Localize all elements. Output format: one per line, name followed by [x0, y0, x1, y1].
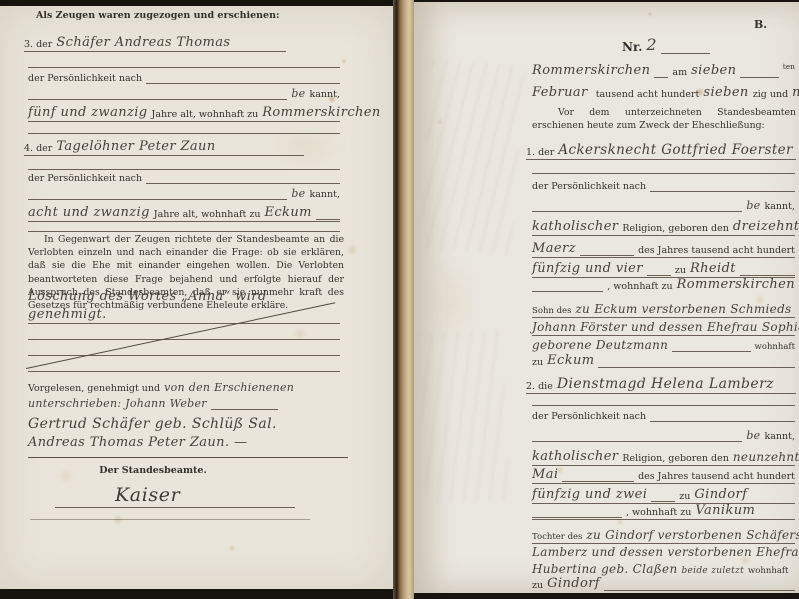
- daughter-residence-row: zu Gindorf: [532, 576, 795, 592]
- groom-religion-row: katholischer Religion, geboren den dreiz…: [532, 214, 795, 236]
- registrar-label-row: Der Standesbeamte.: [28, 462, 278, 477]
- witness3-residence: Rommerskirchen: [262, 105, 380, 120]
- registrar-signature-row: Kaiser: [55, 476, 295, 508]
- son-line-1: zu Eckum verstorbenen Schmieds: [575, 302, 791, 316]
- correction-note-2: genehmigt.: [28, 307, 107, 322]
- witness4-prefix: 4. der: [24, 143, 52, 154]
- zu-label: zu: [532, 580, 543, 591]
- rule-line: [661, 52, 710, 54]
- witness4-name: Tagelöhner Peter Zaun: [56, 139, 215, 154]
- groom-birthplace: Rheidt: [690, 261, 736, 276]
- witness3-row: 3. der Schäfer Andreas Thomas: [24, 26, 286, 52]
- closing-hand: von den Erschienenen: [164, 381, 294, 394]
- son-residence-row: zu Eckum: [532, 352, 795, 369]
- corner-letter: B.: [754, 18, 767, 31]
- jahres-printed: des Jahres tausend acht hundert: [638, 471, 795, 482]
- groom-birthyear-row: fünfzig und vier zu Rheidt: [532, 256, 795, 278]
- groom-birthyear: fünfzig und vier: [532, 261, 643, 276]
- groom-birthmonth: Maerz: [532, 241, 576, 256]
- correction-note-row1: Löschung des Wortes „Anna“ wird: [28, 284, 333, 305]
- bride-name: Dienstmagd Helena Lamberz: [557, 376, 774, 392]
- groom-row: 1. der Ackersknecht Gottfried Foerster: [526, 134, 796, 160]
- intro-paragraph: Vor dem unterzeichneten Standesbeamten e…: [532, 106, 796, 132]
- bride-religion: katholischer: [532, 449, 618, 464]
- daughter-row-1: Tochter des zu Gindorf verstorbenen Schä…: [532, 522, 795, 544]
- son-residence: Eckum: [547, 353, 594, 368]
- known-label: kannt,: [310, 189, 341, 200]
- corner-letter-row: B.: [754, 18, 784, 32]
- identity-row-w3: der Persönlichkeit nach: [28, 68, 340, 85]
- identity-row-w4: der Persönlichkeit nach: [28, 170, 340, 185]
- rule-line: [532, 440, 742, 442]
- religion-printed: Religion, geboren den: [622, 223, 728, 234]
- identity-label: der Persönlichkeit nach: [532, 411, 646, 422]
- witness3-name: Schäfer Andreas Thomas: [56, 35, 230, 50]
- separator-rule: [28, 450, 348, 458]
- son-row-2: Johann Förster und dessen Ehefrau Sophia: [532, 316, 795, 336]
- groom-religion: katholischer: [532, 219, 618, 234]
- known-row-groom: be kannt,: [532, 194, 795, 213]
- blank-rule: [28, 222, 340, 232]
- bride-birthmonth: Mai: [532, 467, 558, 482]
- bride-birthplace: Gindorf: [694, 487, 747, 502]
- identity-label: der Persönlichkeit nach: [28, 173, 142, 184]
- daughter-residence: Gindorf: [547, 576, 600, 591]
- groom-birthday: dreizehnten: [733, 219, 799, 234]
- be-hand: be: [746, 429, 760, 442]
- wohnhaft-label: wohnhaft: [748, 566, 788, 576]
- register-page-right: B. Nr. 2 Rommerskirchen am sieben ten Fe…: [414, 2, 799, 593]
- signature-row-3: Andreas Thomas Peter Zaun. —: [28, 432, 328, 451]
- ink-bleedthrough: [419, 59, 524, 255]
- am-label: am: [672, 67, 687, 78]
- wohnhaft-zu-label: , wohnhaft zu: [626, 507, 691, 518]
- correction-note-row2: genehmigt.: [28, 304, 340, 324]
- bride-birthyear: fünfzig und zwei: [532, 487, 647, 502]
- known-row-w3: be kannt,: [28, 84, 340, 101]
- rule-line: [604, 589, 795, 591]
- wohnhaft-zu-label: , wohnhaft zu: [607, 281, 672, 292]
- signature-row-2: Gertrud Schäfer geb. Schlüß Sal.: [28, 410, 328, 433]
- wohnhaft-label: wohnhaft: [755, 342, 795, 352]
- witness4-age: acht und zwanzig: [28, 205, 150, 220]
- blank-rule: [532, 394, 795, 406]
- groom-name: Ackersknecht Gottfried Foerster: [558, 142, 793, 158]
- ink-bleedthrough: [418, 330, 511, 504]
- identity-label: der Persönlichkeit nach: [532, 181, 646, 192]
- be-hand: be: [291, 187, 305, 200]
- daughter-line-2: Lamberz und dessen verstorbenen Ehefrau: [532, 545, 799, 559]
- blank-rule: [28, 52, 340, 68]
- faint-rule: [30, 512, 310, 520]
- zu-label: zu: [675, 265, 686, 276]
- place-date-row: Rommerskirchen am sieben ten: [532, 56, 795, 79]
- rule-line: [532, 516, 622, 518]
- daughter-prefix: Tochter des: [532, 532, 582, 542]
- daughter-row-3: Hubertina geb. Claßen beide zuletzt wohn…: [532, 559, 795, 577]
- known-row-bride: be kannt,: [532, 424, 795, 443]
- be-hand: be: [291, 87, 305, 100]
- bride-religion-row: katholischer Religion, geboren den neunz…: [532, 444, 795, 466]
- groom-birthmonth-row: Maerz des Jahres tausend acht hundert: [532, 236, 795, 258]
- signature-row-1: unterschrieben: Johann Weber: [28, 394, 278, 411]
- age-suffix: Jahre alt, wohnhaft zu: [152, 109, 259, 120]
- known-label: kannt,: [765, 431, 796, 442]
- bride-birthday: neunzehnten: [733, 450, 799, 464]
- zu-label: zu: [532, 357, 543, 368]
- registrar-label: Der Standesbeamte.: [99, 465, 207, 476]
- rule-line: [316, 218, 340, 220]
- bride-prefix: 2. die: [526, 381, 553, 392]
- beide-zuletzt-hand: beide zuletzt: [681, 566, 744, 576]
- age-suffix: Jahre alt, wohnhaft zu: [154, 209, 261, 220]
- witness4-residence: Eckum: [264, 205, 311, 220]
- known-label: kannt,: [765, 201, 796, 212]
- blank-rule: [532, 160, 795, 174]
- known-label: kannt,: [310, 89, 341, 100]
- identity-label: der Persönlichkeit nach: [28, 73, 142, 84]
- jahres-printed: des Jahres tausend acht hundert: [638, 245, 795, 256]
- signature-3: Andreas Thomas Peter Zaun. —: [28, 435, 247, 450]
- identity-row-bride: der Persönlichkeit nach: [532, 406, 795, 423]
- zig-und-label: zig und: [753, 89, 788, 100]
- zu-label: zu: [679, 491, 690, 502]
- record-place: Rommerskirchen: [532, 63, 650, 78]
- witnesses-header-row: Als Zeugen waren zugezogen und erschiene…: [36, 10, 336, 22]
- bride-row: 2. die Dienstmagd Helena Lamberz: [526, 368, 796, 394]
- son-row-3: geborene Deutzmann wohnhaft: [532, 334, 795, 353]
- groom-prefix: 1. der: [526, 147, 554, 158]
- record-day: sieben: [691, 63, 736, 78]
- son-prefix: Sohn des: [532, 306, 571, 316]
- signature-1: unterschrieben: Johann Weber: [28, 397, 207, 410]
- record-number-label: Nr.: [622, 40, 642, 54]
- book-gutter: [393, 0, 414, 599]
- age-row-w4: acht und zwanzig Jahre alt, wohnhaft zu …: [28, 200, 340, 222]
- son-row-1: Sohn des zu Eckum verstorbenen Schmieds: [532, 296, 795, 318]
- rule-line: [532, 290, 603, 292]
- closing-printed: Vorgelesen, genehmigt und: [28, 383, 160, 394]
- age-row-w3: fünf und zwanzig Jahre alt, wohnhaft zu …: [28, 100, 340, 122]
- witness3-age: fünf und zwanzig: [28, 105, 148, 120]
- registrar-signature: Kaiser: [115, 484, 180, 506]
- rule-line: [650, 190, 795, 192]
- bride-birthmonth-row: Mai des Jahres tausend acht hundert: [532, 464, 795, 484]
- religion-printed: Religion, geboren den: [622, 453, 728, 464]
- bride-residence-row: , wohnhaft zu Vanikum: [532, 502, 795, 520]
- daughter-row-2: Lamberz und dessen verstorbenen Ehefrau: [532, 542, 795, 560]
- record-month: Februar: [532, 85, 588, 100]
- rule-line: [532, 210, 742, 212]
- record-number-row: Nr. 2: [622, 32, 710, 55]
- son-line-3: geborene Deutzmann: [532, 338, 668, 352]
- record-number-value: 2: [646, 35, 657, 54]
- daughter-line-3: Hubertina geb. Claßen: [532, 562, 677, 576]
- register-page-left: Als Zeugen waren zugezogen und erschiene…: [0, 6, 393, 589]
- groom-residence: Rommerskirchen: [677, 277, 795, 292]
- closing-row: Vorgelesen, genehmigt und von den Erschi…: [28, 378, 348, 395]
- month-year-row: Februar tausend acht hundert sieben zig …: [532, 78, 795, 101]
- bride-birthyear-row: fünfzig und zwei zu Gindorf: [532, 482, 795, 504]
- year-decade-hand: sieben: [703, 85, 748, 100]
- blank-rule: [28, 156, 340, 170]
- identity-row-groom: der Persönlichkeit nach: [532, 176, 795, 193]
- year-printed: tausend acht hundert: [596, 89, 700, 100]
- blank-rule: [28, 340, 340, 356]
- ten-suffix: ten: [783, 62, 795, 71]
- witness3-prefix: 3. der: [24, 39, 52, 50]
- correction-note-1: Löschung des Wortes „Anna“ wird: [28, 289, 267, 304]
- rule-line: [650, 420, 795, 422]
- known-row-w4: be kannt,: [28, 184, 340, 201]
- witnesses-header: Als Zeugen waren zugezogen und erschiene…: [36, 10, 280, 21]
- bride-residence: Vanikum: [695, 503, 755, 518]
- blank-rule: [28, 324, 340, 340]
- son-line-2: Johann Förster und dessen Ehefrau Sophia: [532, 320, 799, 334]
- witness4-row: 4. der Tagelöhner Peter Zaun: [24, 132, 304, 156]
- year-unit-hand: neun: [792, 85, 799, 100]
- daughter-line-1: zu Gindorf verstorbenen Schäfers Joseph: [586, 528, 799, 542]
- signature-2: Gertrud Schäfer geb. Schlüß Sal.: [28, 416, 277, 432]
- groom-residence-row: , wohnhaft zu Rommerskirchen: [532, 276, 795, 293]
- be-hand: be: [746, 199, 760, 212]
